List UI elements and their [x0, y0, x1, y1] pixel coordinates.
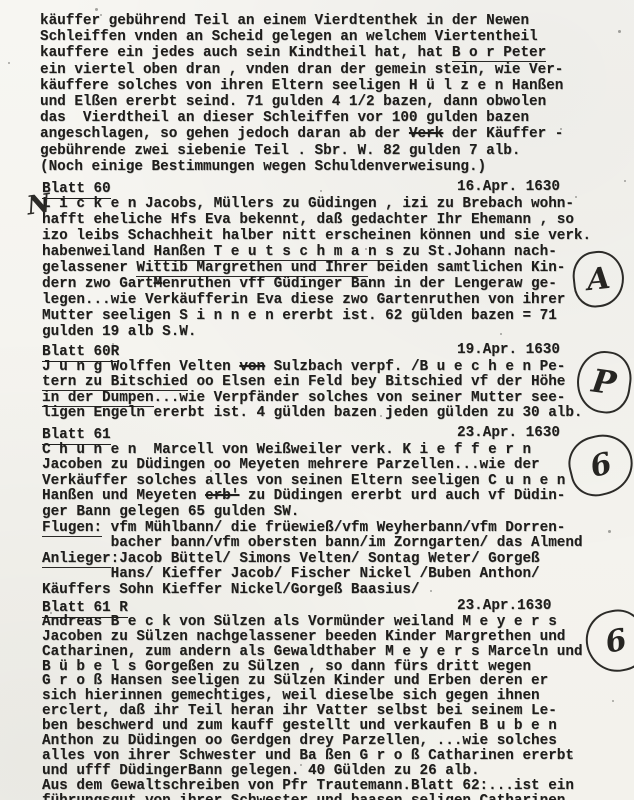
text-line: ein viertel oben dran , vnden dran der g… — [40, 62, 632, 78]
struck-text: von — [239, 359, 265, 375]
text-line: käuffere solches von ihren Eltern seelig… — [40, 78, 632, 94]
text-line: Mutter seeligen S i n n e n ererbt ist. … — [42, 308, 634, 324]
blatt-heading: Blatt 60R — [42, 344, 119, 362]
noise-speck — [320, 190, 322, 192]
struck-text: erb' — [205, 488, 239, 504]
text-line: G r o ß Hansen seeligen zu Sülzen Kinder… — [42, 673, 634, 688]
handwritten-mark: N — [25, 188, 53, 221]
blatt-heading: Blatt 61 — [42, 427, 111, 445]
text-line: C h u n e n Marcell von Weißweiler verk.… — [42, 442, 634, 458]
entry-date: 19.Apr. 1630 — [457, 342, 560, 358]
underlined-text: Flugen: — [42, 520, 102, 537]
text-line: dern zwo GartMenruthen vff Güdinger Bann… — [42, 276, 634, 292]
noise-speck — [575, 196, 577, 198]
plain-text: zu St.Johann nach- — [394, 244, 557, 260]
text-line: habenweiland Hanßen T e u t s c h m a n … — [42, 244, 634, 260]
text-line: angeschlagen, so gehen jedoch daran ab d… — [40, 126, 632, 142]
underlined-text: Hanßen T e u t s c h m a n s — [154, 244, 394, 261]
plain-text: enruthen vff Güdinger Bann in der Lenger… — [162, 276, 557, 292]
text-line: gebührende zwei siebenie Teil . Sbr. W. … — [40, 143, 632, 159]
struck-text: M — [154, 276, 163, 292]
text-line: und ufff DüdingerBann gelegen. 40 Gülden… — [42, 763, 634, 778]
text-line: hafft eheliche Hfs Eva bekennt, daß geda… — [42, 212, 634, 228]
noise-speck — [365, 248, 367, 250]
plain-text: zu Düdingen ererbt urd auch vf Düdin- — [239, 488, 565, 504]
noise-speck — [608, 530, 611, 533]
underlined-text: Wittib Margrethen und Ihrer — [136, 260, 368, 277]
noise-speck — [50, 612, 52, 614]
text-line: ben beschwerd und zum kauff gestellt und… — [42, 718, 634, 733]
underlined-text: tern zu Bitschied — [42, 374, 188, 391]
plain-text: gelassener — [42, 260, 136, 276]
entry-date: 23.Apr.1630 — [457, 598, 551, 614]
text-line: Jacoben zu Düdingen oo Meyeten mehrere P… — [42, 457, 634, 473]
text-line: führungsgut von ihrer Schwester und baas… — [42, 793, 634, 800]
text-line: Käuffers Sohn Kieffer Nickel/Gorgeß Baas… — [42, 582, 634, 598]
text-line: das Vierdtheil an dieser Schleiffen vor … — [40, 110, 632, 126]
plain-text: Hanßen und Meyeten — [42, 488, 205, 504]
text-line: Hanßen und Meyeten erb' zu Düdingen erer… — [42, 488, 634, 504]
noise-speck — [624, 180, 626, 182]
underlined-text: in der Dumpen — [42, 390, 154, 407]
entry-date: 23.Apr. 1630 — [457, 425, 560, 441]
plain-text: dern zwo Gart — [42, 276, 154, 292]
noise-speck — [570, 755, 572, 757]
document-page: käuffer gebührend Teil an einem Vierdten… — [0, 0, 634, 800]
plain-text: :Jacob Büttel/ Simons Velten/ Sontag Wet… — [111, 551, 540, 567]
text-line: in der Dumpen...wie Verpfänder solches v… — [42, 390, 634, 406]
plain-text: der Käuffer - — [443, 126, 563, 142]
text-line: (Noch einige Bestimmungen wegen Schulden… — [40, 159, 632, 175]
noise-speck — [210, 470, 212, 472]
text-line: Schleiffen vnden an Scheid gelegen an we… — [40, 29, 632, 45]
text-line: L i c k e n Jacobs, Müllers zu Güdingen … — [42, 196, 634, 212]
text-line: kauffere ein jedes auch sein Kindtheil h… — [40, 45, 632, 61]
noise-speck — [112, 343, 114, 345]
blatt-heading: Blatt 60 — [42, 181, 111, 199]
noise-speck — [80, 780, 82, 782]
noise-speck — [618, 30, 621, 33]
struck-text: Verk — [409, 126, 443, 142]
section-blatt-61r: Blatt 61 R23.Apr.1630Andreas B e c k von… — [42, 598, 634, 800]
text-line: Jacoben zu Sülzen nachgelassener beeden … — [42, 629, 634, 644]
noise-speck — [300, 764, 302, 766]
text-line: Catharinen, zum andern als Gewaldthaber … — [42, 644, 634, 659]
text-line: izo leibs Schachheit halber nitt erschei… — [42, 228, 634, 244]
plain-text: habenweiland — [42, 244, 154, 260]
text-line: ger Bann gelegen 65 gulden SW. — [42, 504, 634, 520]
text-line: Anthon zu Düdingen oo Gerdgen drey Parze… — [42, 733, 634, 748]
text-line: legen...wie Verkäufferin Eva diese zwo G… — [42, 292, 634, 308]
plain-text: vfm Mühlbann/ die früewieß/vfm Weyherban… — [102, 520, 565, 536]
text-line: und Elßen ererbt seind. 71 gulden 4 1/2 … — [40, 94, 632, 110]
text-line: Flugen: vfm Mühlbann/ die früewieß/vfm W… — [42, 520, 634, 536]
plain-text: oo Elsen ein Feld bey Bitschied vf der H… — [188, 374, 566, 390]
blatt-heading: Blatt 61 R — [42, 600, 128, 618]
plain-text: ...wie Verpfänder solches von seiner Mut… — [154, 390, 566, 406]
text-line: gulden 19 alb S.W. — [42, 324, 634, 340]
plain-text: kauffere ein jedes auch sein Kindtheil h… — [40, 45, 452, 61]
text-line: ligen Engeln ererbt ist. 4 gülden bazen … — [42, 405, 634, 421]
entry-date: 16.Apr. 1630 — [457, 179, 560, 195]
text-line: käuffer gebührend Teil an einem Vierdten… — [40, 13, 632, 29]
noise-speck — [560, 128, 562, 130]
plain-text: beiden samtlichen Kin- — [368, 260, 565, 276]
noise-speck — [430, 590, 432, 592]
text-line: sich hierinnen gemechtiges, weil dieselb… — [42, 688, 634, 703]
noise-speck — [100, 14, 102, 16]
text-line: tern zu Bitschied oo Elsen ein Feld bey … — [42, 374, 634, 390]
section-blatt-60: Blatt 6016.Apr. 1630L i c k e n Jacobs, … — [42, 179, 634, 340]
text-line: Verkäuffer solches alles von seinen Elte… — [42, 473, 634, 489]
text-line: Hans/ Kieffer Jacob/ Fischer Nickel /Bub… — [42, 566, 634, 582]
text-line: erclert, daß ihr Teil heran ihr Vatter s… — [42, 703, 634, 718]
plain-text: angeschlagen, so gehen jedoch daran ab d… — [40, 126, 409, 142]
text-line: Andreas B e c k von Sülzen als Vormünder… — [42, 614, 634, 629]
section-intro-paragraph: käuffer gebührend Teil an einem Vierdten… — [40, 13, 632, 175]
underlined-text: Anlieger — [42, 551, 111, 568]
noise-speck — [380, 415, 382, 417]
noise-speck — [8, 62, 10, 64]
text-line: gelassener Wittib Margrethen und Ihrer b… — [42, 260, 634, 276]
text-line: J u n g Wolffen Velten von Sulzbach verp… — [42, 359, 634, 375]
text-line: bacher bann/vfm obersten bann/im Zorngar… — [42, 535, 634, 551]
text-line: Aus dem Gewaltschreiben von Pfr Trautema… — [42, 778, 634, 793]
plain-text: Sulzbach verpf. /B u e c h e n Pe- — [265, 359, 565, 375]
noise-speck — [612, 700, 614, 702]
underlined-text: B o r Peter — [452, 45, 546, 62]
noise-speck — [95, 8, 98, 11]
text-line: Anlieger:Jacob Büttel/ Simons Velten/ So… — [42, 551, 634, 567]
section-blatt-60r: Blatt 60R19.Apr. 1630J u n g Wolffen Vel… — [42, 342, 634, 421]
text-line: alles von ihrer Schwester und Ba ßen G r… — [42, 748, 634, 763]
noise-speck — [500, 333, 502, 335]
section-blatt-61: Blatt 6123.Apr. 1630C h u n e n Marcell … — [42, 425, 634, 598]
text-line: B ü b e l s Gorgeßen zu Sülzen , so dann… — [42, 659, 634, 674]
